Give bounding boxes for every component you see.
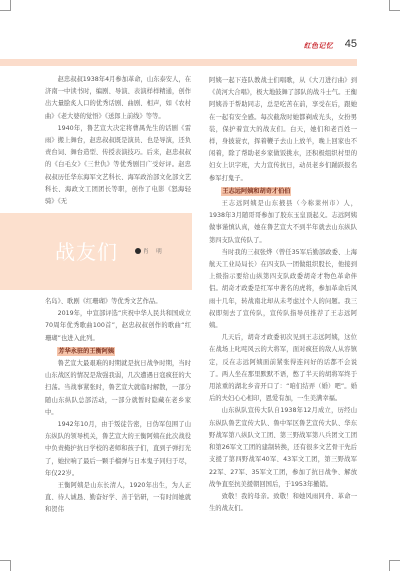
crop-mark-top-right [389, 0, 400, 11]
subheading-wang-heng: 芳华永驻的王衡阿姨 [57, 347, 115, 356]
subheading-wang-zhiyuan: 王志远阿姨和胡奇才伯伯 [221, 187, 291, 196]
paragraph: 鲁艺宣大最艰难的时期就是抗日战争时期，当时山东战区的情况是敌强我弱，几次遭遇日寇… [45, 358, 191, 419]
article-title: 战友们 [55, 236, 118, 265]
page-number: 45 [345, 38, 357, 50]
right-column: 阿姨一起下连队教战士们唱歌，从《大刀进行曲》到《黄河大合唱》，极大地鼓舞了部队的… [209, 75, 357, 515]
paragraph: 王衡阿姨是山东长清人，1920年出生，为人正直、待人诚恳、勤奋好学、善于钻研，一… [45, 480, 191, 517]
paragraph: 1940年，鲁艺宣大决定将曹禺先生的话剧《雷雨》搬上舞台，赵忠叔叔既是演员、也是… [45, 123, 191, 208]
author-icon [135, 248, 141, 254]
section-tag: 红色记忆 [304, 41, 333, 51]
paragraph: 1942年10月，由于叛徒告密，日伪军包围了山东纵队的领导机关，鲁艺宣大的王衡阿… [45, 419, 191, 480]
author-name: 肖 明 [143, 247, 165, 255]
crop-mark-top-left [0, 0, 11, 11]
paragraph: 王志远阿姨是山东掖县（今称莱州市）人，1938年3月随哥哥参加了胶东玉皇顶起义。… [209, 198, 357, 247]
header-band [0, 59, 357, 66]
byline: 肖 明 [135, 247, 165, 255]
paragraph: 几天后，胡奇才政委初次见到王志远阿姨，这位在战场上叱咤风云的大将军，面对疯狂的敌… [209, 332, 357, 405]
page-header: 红色记忆 45 [0, 40, 357, 54]
paragraph: 2019年，中宣部评选“庆祝中华人民共和国成立70周年优秀歌曲100首”，赵忠叔… [45, 308, 191, 345]
paragraph: 阿姨一起下连队教战士们唱歌，从《大刀进行曲》到《黄河大合唱》，极大地鼓舞了部队的… [209, 75, 357, 185]
left-column-bottom: 名岛》、歌剧《红珊瑚》等优秀文艺作品。 2019年，中宣部评选“庆祝中华人民共和… [45, 296, 191, 517]
paragraph: 名岛》、歌剧《红珊瑚》等优秀文艺作品。 [45, 296, 191, 308]
paragraph: 致敬！我的母亲。致敬！和她风雨同舟、革命一生的战友们。 [209, 491, 357, 515]
crop-mark-bottom-left [0, 560, 11, 571]
crop-mark-bottom-right [389, 560, 400, 571]
left-column-top: 赵忠叔叔1938年4月参加革命，山东泰安人，在济南一中读书时，编剧、导演、表演样… [45, 74, 191, 208]
paragraph: 山东纵队宣传大队自1938年12月成立，历经山东纵队鲁艺宣传大队、鲁中军区鲁艺宣… [209, 405, 357, 490]
article-title-banner: 战友们 肖 明 [0, 213, 192, 290]
paragraph: 赵忠叔叔1938年4月参加革命，山东泰安人，在济南一中读书时，编剧、导演、表演样… [45, 74, 191, 123]
paragraph: 当时我的三叔张烨（曾任35军后勤部政委、上海航天工业局局长）在四支队一团做组织股… [209, 247, 357, 332]
